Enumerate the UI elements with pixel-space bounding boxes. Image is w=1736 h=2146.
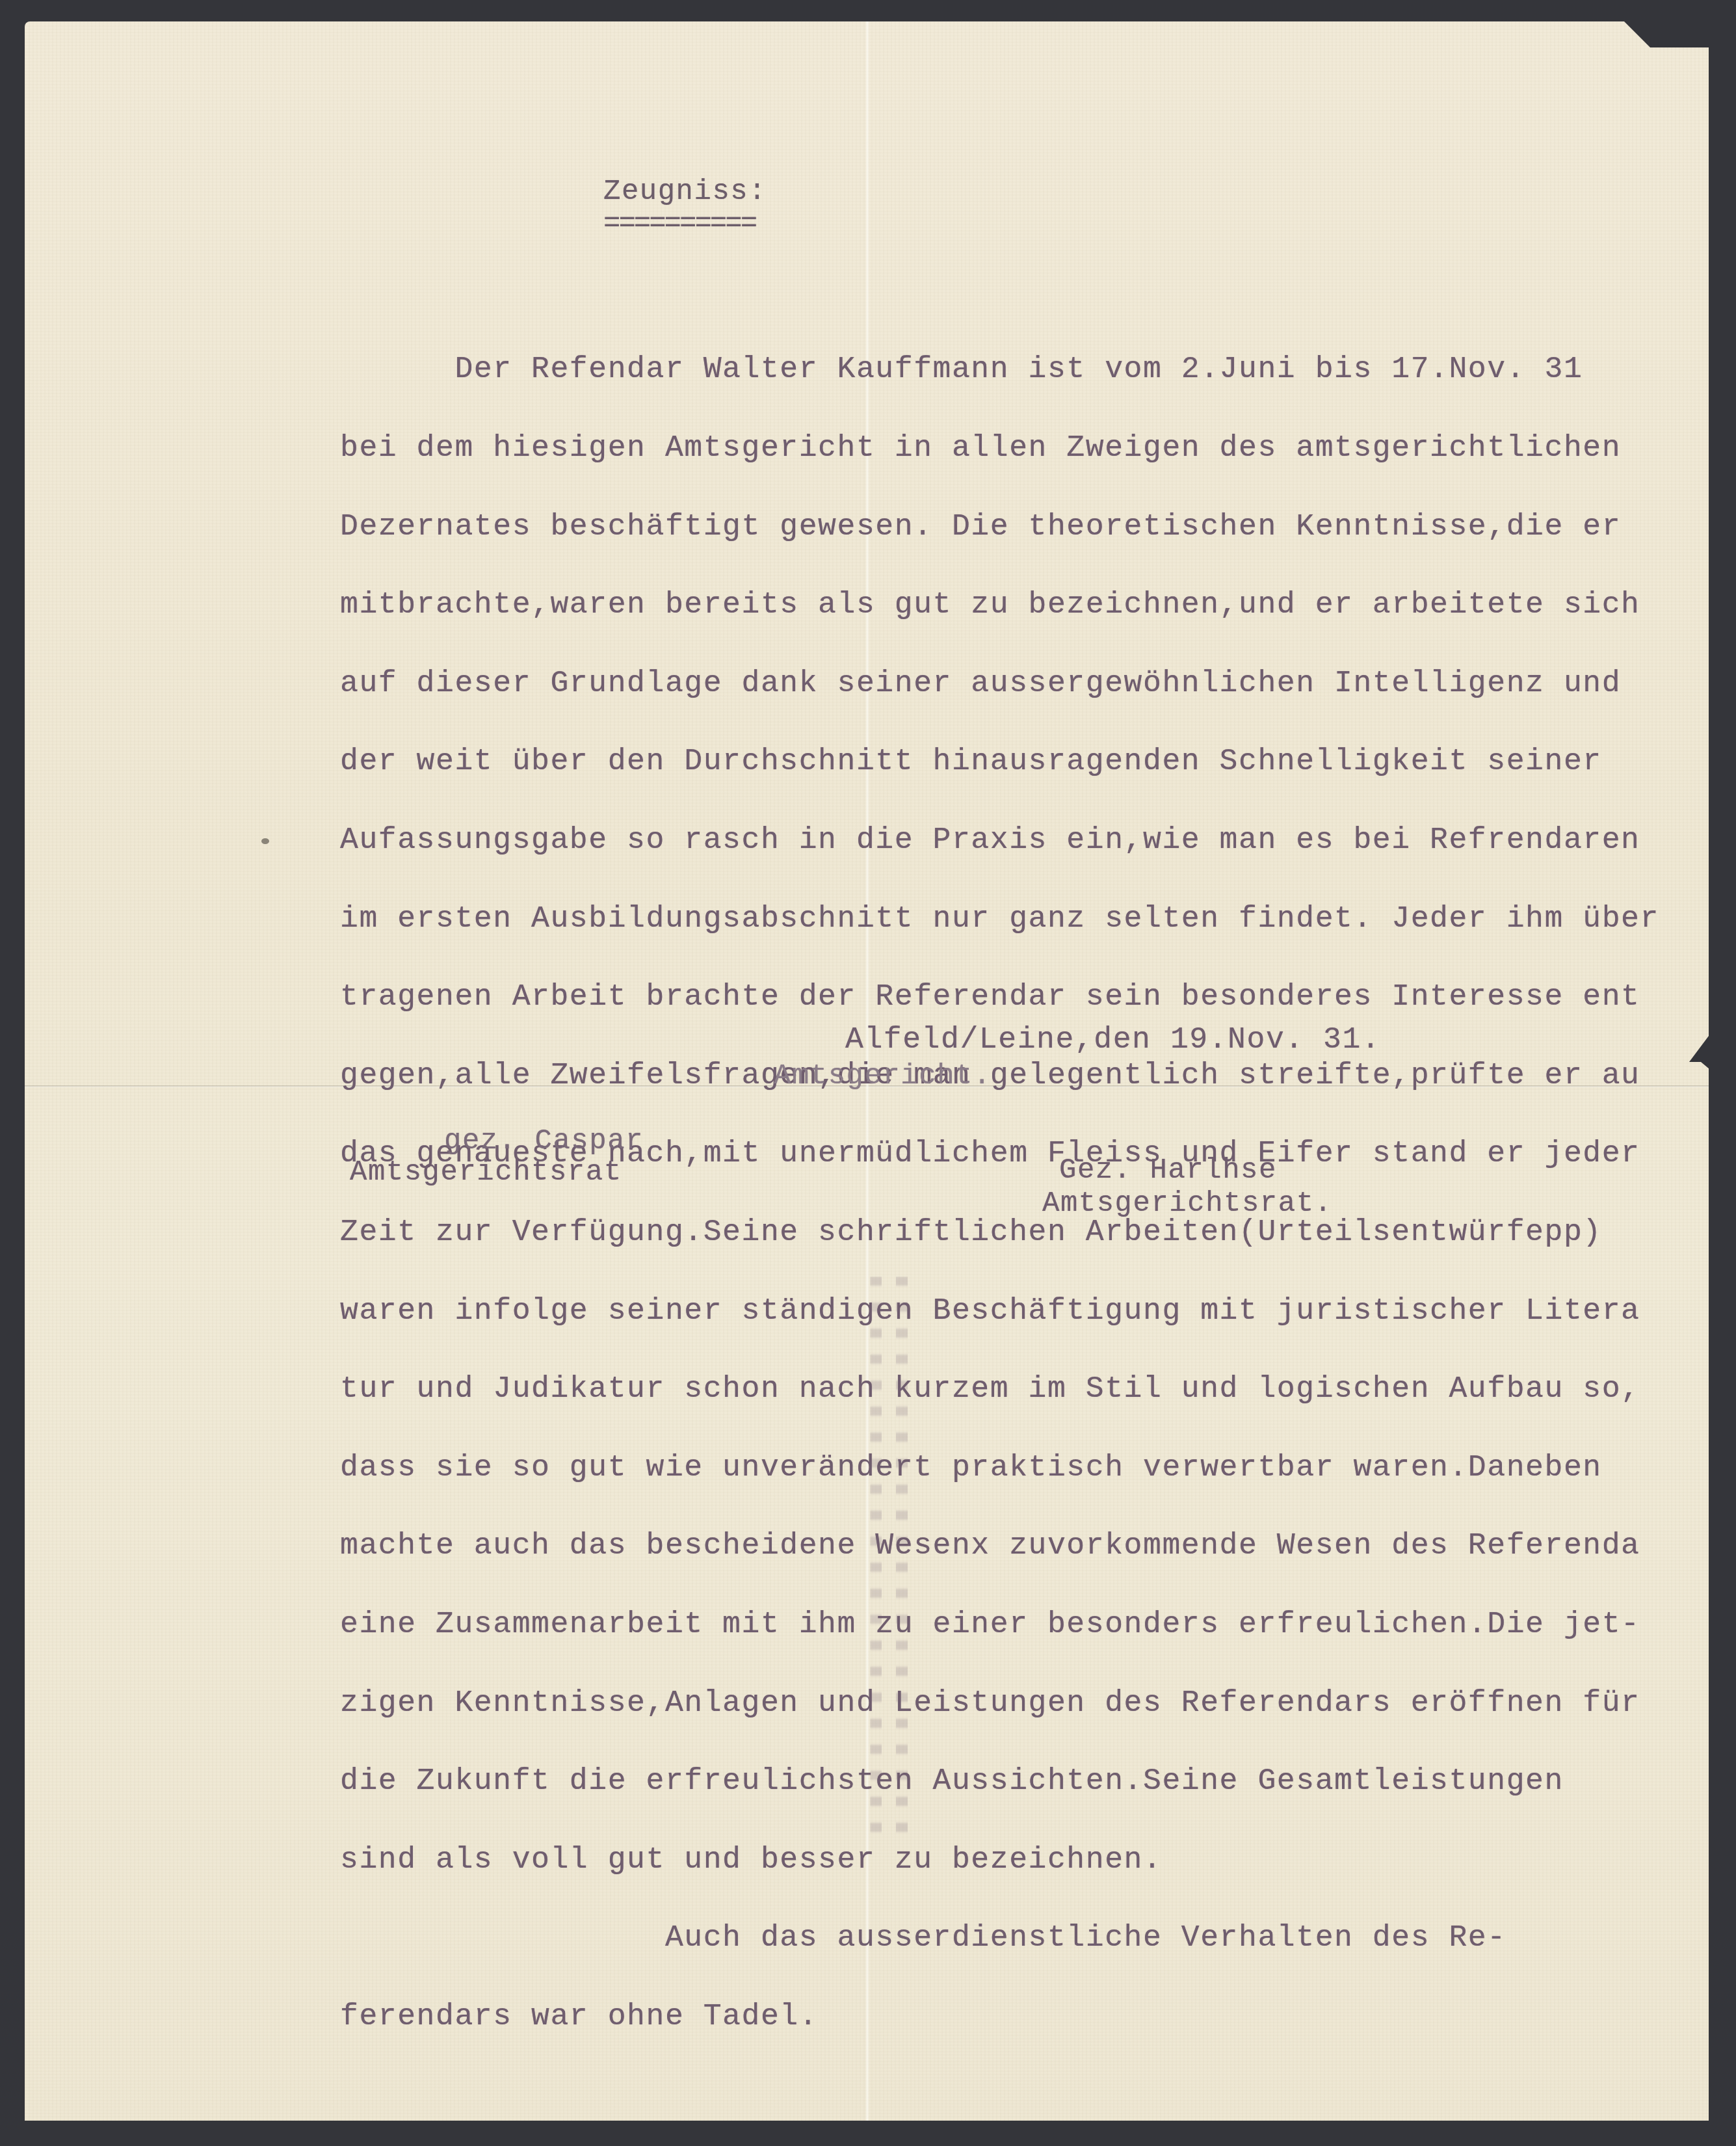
body-line: gegen,alle Zweifelsfragen,die man gelege… xyxy=(340,1063,1659,1089)
body-line: tur und Judikatur schon nach kurzem im S… xyxy=(340,1376,1659,1402)
body-line: Zeit zur Verfügung.Seine schriftlichen A… xyxy=(340,1219,1659,1245)
title-underline: ========== xyxy=(603,208,756,241)
body-line: im ersten Ausbildungsabschnitt nur ganz … xyxy=(340,906,1659,932)
issuing-court: Amtsgericht. xyxy=(774,1060,992,1093)
body-line: machte auch das bescheidene Wesenx zuvor… xyxy=(340,1533,1659,1559)
body-line: Der Refendar Walter Kauffmann ist vom 2.… xyxy=(340,356,1659,382)
document-body: Der Refendar Walter Kauffmann ist vom 2.… xyxy=(340,304,1659,2082)
body-line: dass sie so gut wie unverändert praktisc… xyxy=(340,1455,1659,1481)
body-line: tragenen Arbeit brachte der Referendar s… xyxy=(340,984,1659,1010)
body-line: mitbrachte,waren bereits als gut zu beze… xyxy=(340,592,1659,618)
document-title: Zeugniss: xyxy=(603,176,767,208)
body-line: bei dem hiesigen Amtsgericht in allen Zw… xyxy=(340,435,1659,461)
body-line: der weit über den Durchschnitt hinausrag… xyxy=(340,748,1659,775)
body-line: ferendars war ohne Tadel. xyxy=(340,2004,1659,2030)
body-line: waren infolge seiner ständigen Beschäfti… xyxy=(340,1298,1659,1324)
signature-left-title: Amtsgerichtsrat xyxy=(350,1156,622,1189)
body-line: sind als voll gut und besser zu bezeichn… xyxy=(340,1847,1659,1873)
signature-right-title: Amtsgerichtsrat. xyxy=(1042,1187,1332,1220)
place-date-line: Alfeld/Leine,den 19.Nov. 31. xyxy=(845,1022,1380,1057)
signature-right-name: Gez. Harlhse xyxy=(1059,1154,1277,1187)
body-line: Auch das ausserdienstliche Verhalten des… xyxy=(340,1925,1659,1951)
body-line: Aufassungsgabe so rasch in die Praxis ei… xyxy=(340,827,1659,853)
body-line: auf dieser Grundlage dank seiner ausserg… xyxy=(340,670,1659,696)
body-line: Dezernates beschäftigt gewesen. Die theo… xyxy=(340,514,1659,540)
body-line: zigen Kenntnisse,Anlagen und Leistungen … xyxy=(340,1690,1659,1716)
scan-background: Zeugniss: ========== Der Refendar Walter… xyxy=(0,0,1736,2146)
body-line: eine Zusammenarbeit mit ihm zu einer bes… xyxy=(340,1611,1659,1637)
ink-spot xyxy=(261,838,269,844)
signature-left-name: gez. Caspar xyxy=(444,1125,644,1158)
body-line: die Zukunft die erfreulichsten Aussichte… xyxy=(340,1768,1659,1794)
